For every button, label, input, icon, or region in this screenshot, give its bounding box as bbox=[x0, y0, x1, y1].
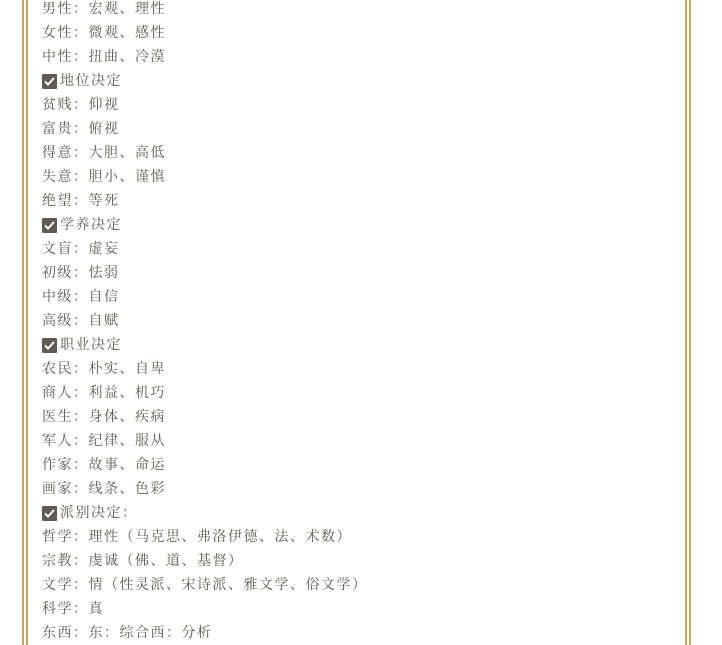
item-text: 文盲：虚妄 bbox=[42, 240, 120, 258]
checkbox-checked-icon bbox=[42, 506, 57, 521]
item-text: 中级：自信 bbox=[42, 288, 120, 306]
section-heading: 地位决定 bbox=[42, 69, 672, 93]
list-item: 宗教：虔诚（佛、道、基督） bbox=[42, 549, 672, 573]
list-item: 高级：自赋 bbox=[42, 309, 672, 333]
list-item: 中级：自信 bbox=[42, 285, 672, 309]
checkbox-checked-icon bbox=[42, 74, 57, 89]
left-border-outer bbox=[22, 0, 24, 645]
list-item: 军人：纪律、服从 bbox=[42, 429, 672, 453]
list-item: 商人：利益、机巧 bbox=[42, 381, 672, 405]
item-text: 宗教：虔诚（佛、道、基督） bbox=[42, 552, 244, 570]
list-item: 失意：胆小、谨慎 bbox=[42, 165, 672, 189]
list-item: 贫贱：仰视 bbox=[42, 93, 672, 117]
item-text: 男性：宏观、理性 bbox=[42, 0, 166, 18]
heading-text: 派别决定： bbox=[60, 504, 138, 522]
list-item: 得意：大胆、高低 bbox=[42, 141, 672, 165]
list-item: 农民：朴实、自卑 bbox=[42, 357, 672, 381]
item-text: 高级：自赋 bbox=[42, 312, 120, 330]
checkbox-checked-icon bbox=[42, 338, 57, 353]
item-text: 医生：身体、疾病 bbox=[42, 408, 166, 426]
heading-text: 学养决定 bbox=[60, 216, 122, 234]
list-item: 中性：扭曲、冷漠 bbox=[42, 45, 672, 69]
section-heading: 职业决定 bbox=[42, 333, 672, 357]
list-item: 画家：线条、色彩 bbox=[42, 477, 672, 501]
item-text: 中性：扭曲、冷漠 bbox=[42, 48, 166, 66]
item-text: 东西：东：综合西：分析 bbox=[42, 624, 213, 642]
list-item: 科学：真 bbox=[42, 597, 672, 621]
item-text: 女性：微观、感性 bbox=[42, 24, 166, 42]
right-border-inner bbox=[685, 0, 687, 645]
checkbox-checked-icon bbox=[42, 218, 57, 233]
item-text: 农民：朴实、自卑 bbox=[42, 360, 166, 378]
heading-text: 职业决定 bbox=[60, 336, 122, 354]
list-item: 富贵：俯视 bbox=[42, 117, 672, 141]
item-text: 得意：大胆、高低 bbox=[42, 144, 166, 162]
list-item: 男性：宏观、理性 bbox=[42, 0, 672, 21]
section-heading: 派别决定： bbox=[42, 501, 672, 525]
article-body: 男性：宏观、理性女性：微观、感性中性：扭曲、冷漠地位决定贫贱：仰视富贵：俯视得意… bbox=[42, 0, 672, 645]
right-border-outer bbox=[689, 0, 691, 645]
heading-text: 地位决定 bbox=[60, 72, 122, 90]
list-item: 文盲：虚妄 bbox=[42, 237, 672, 261]
list-item: 哲学：理性（马克思、弗洛伊德、法、术数） bbox=[42, 525, 672, 549]
item-text: 绝望：等死 bbox=[42, 192, 120, 210]
list-item: 文学：情（性灵派、宋诗派、雅文学、俗文学） bbox=[42, 573, 672, 597]
item-text: 富贵：俯视 bbox=[42, 120, 120, 138]
item-text: 文学：情（性灵派、宋诗派、雅文学、俗文学） bbox=[42, 576, 368, 594]
list-item: 东西：东：综合西：分析 bbox=[42, 621, 672, 645]
list-item: 作家：故事、命运 bbox=[42, 453, 672, 477]
left-border-inner bbox=[26, 0, 28, 645]
section-heading: 学养决定 bbox=[42, 213, 672, 237]
list-item: 医生：身体、疾病 bbox=[42, 405, 672, 429]
item-text: 作家：故事、命运 bbox=[42, 456, 166, 474]
list-item: 绝望：等死 bbox=[42, 189, 672, 213]
item-text: 商人：利益、机巧 bbox=[42, 384, 166, 402]
list-item: 初级：怯弱 bbox=[42, 261, 672, 285]
item-text: 科学：真 bbox=[42, 600, 104, 618]
item-text: 初级：怯弱 bbox=[42, 264, 120, 282]
item-text: 画家：线条、色彩 bbox=[42, 480, 166, 498]
item-text: 军人：纪律、服从 bbox=[42, 432, 166, 450]
list-item: 女性：微观、感性 bbox=[42, 21, 672, 45]
item-text: 哲学：理性（马克思、弗洛伊德、法、术数） bbox=[42, 528, 352, 546]
item-text: 贫贱：仰视 bbox=[42, 96, 120, 114]
item-text: 失意：胆小、谨慎 bbox=[42, 168, 166, 186]
